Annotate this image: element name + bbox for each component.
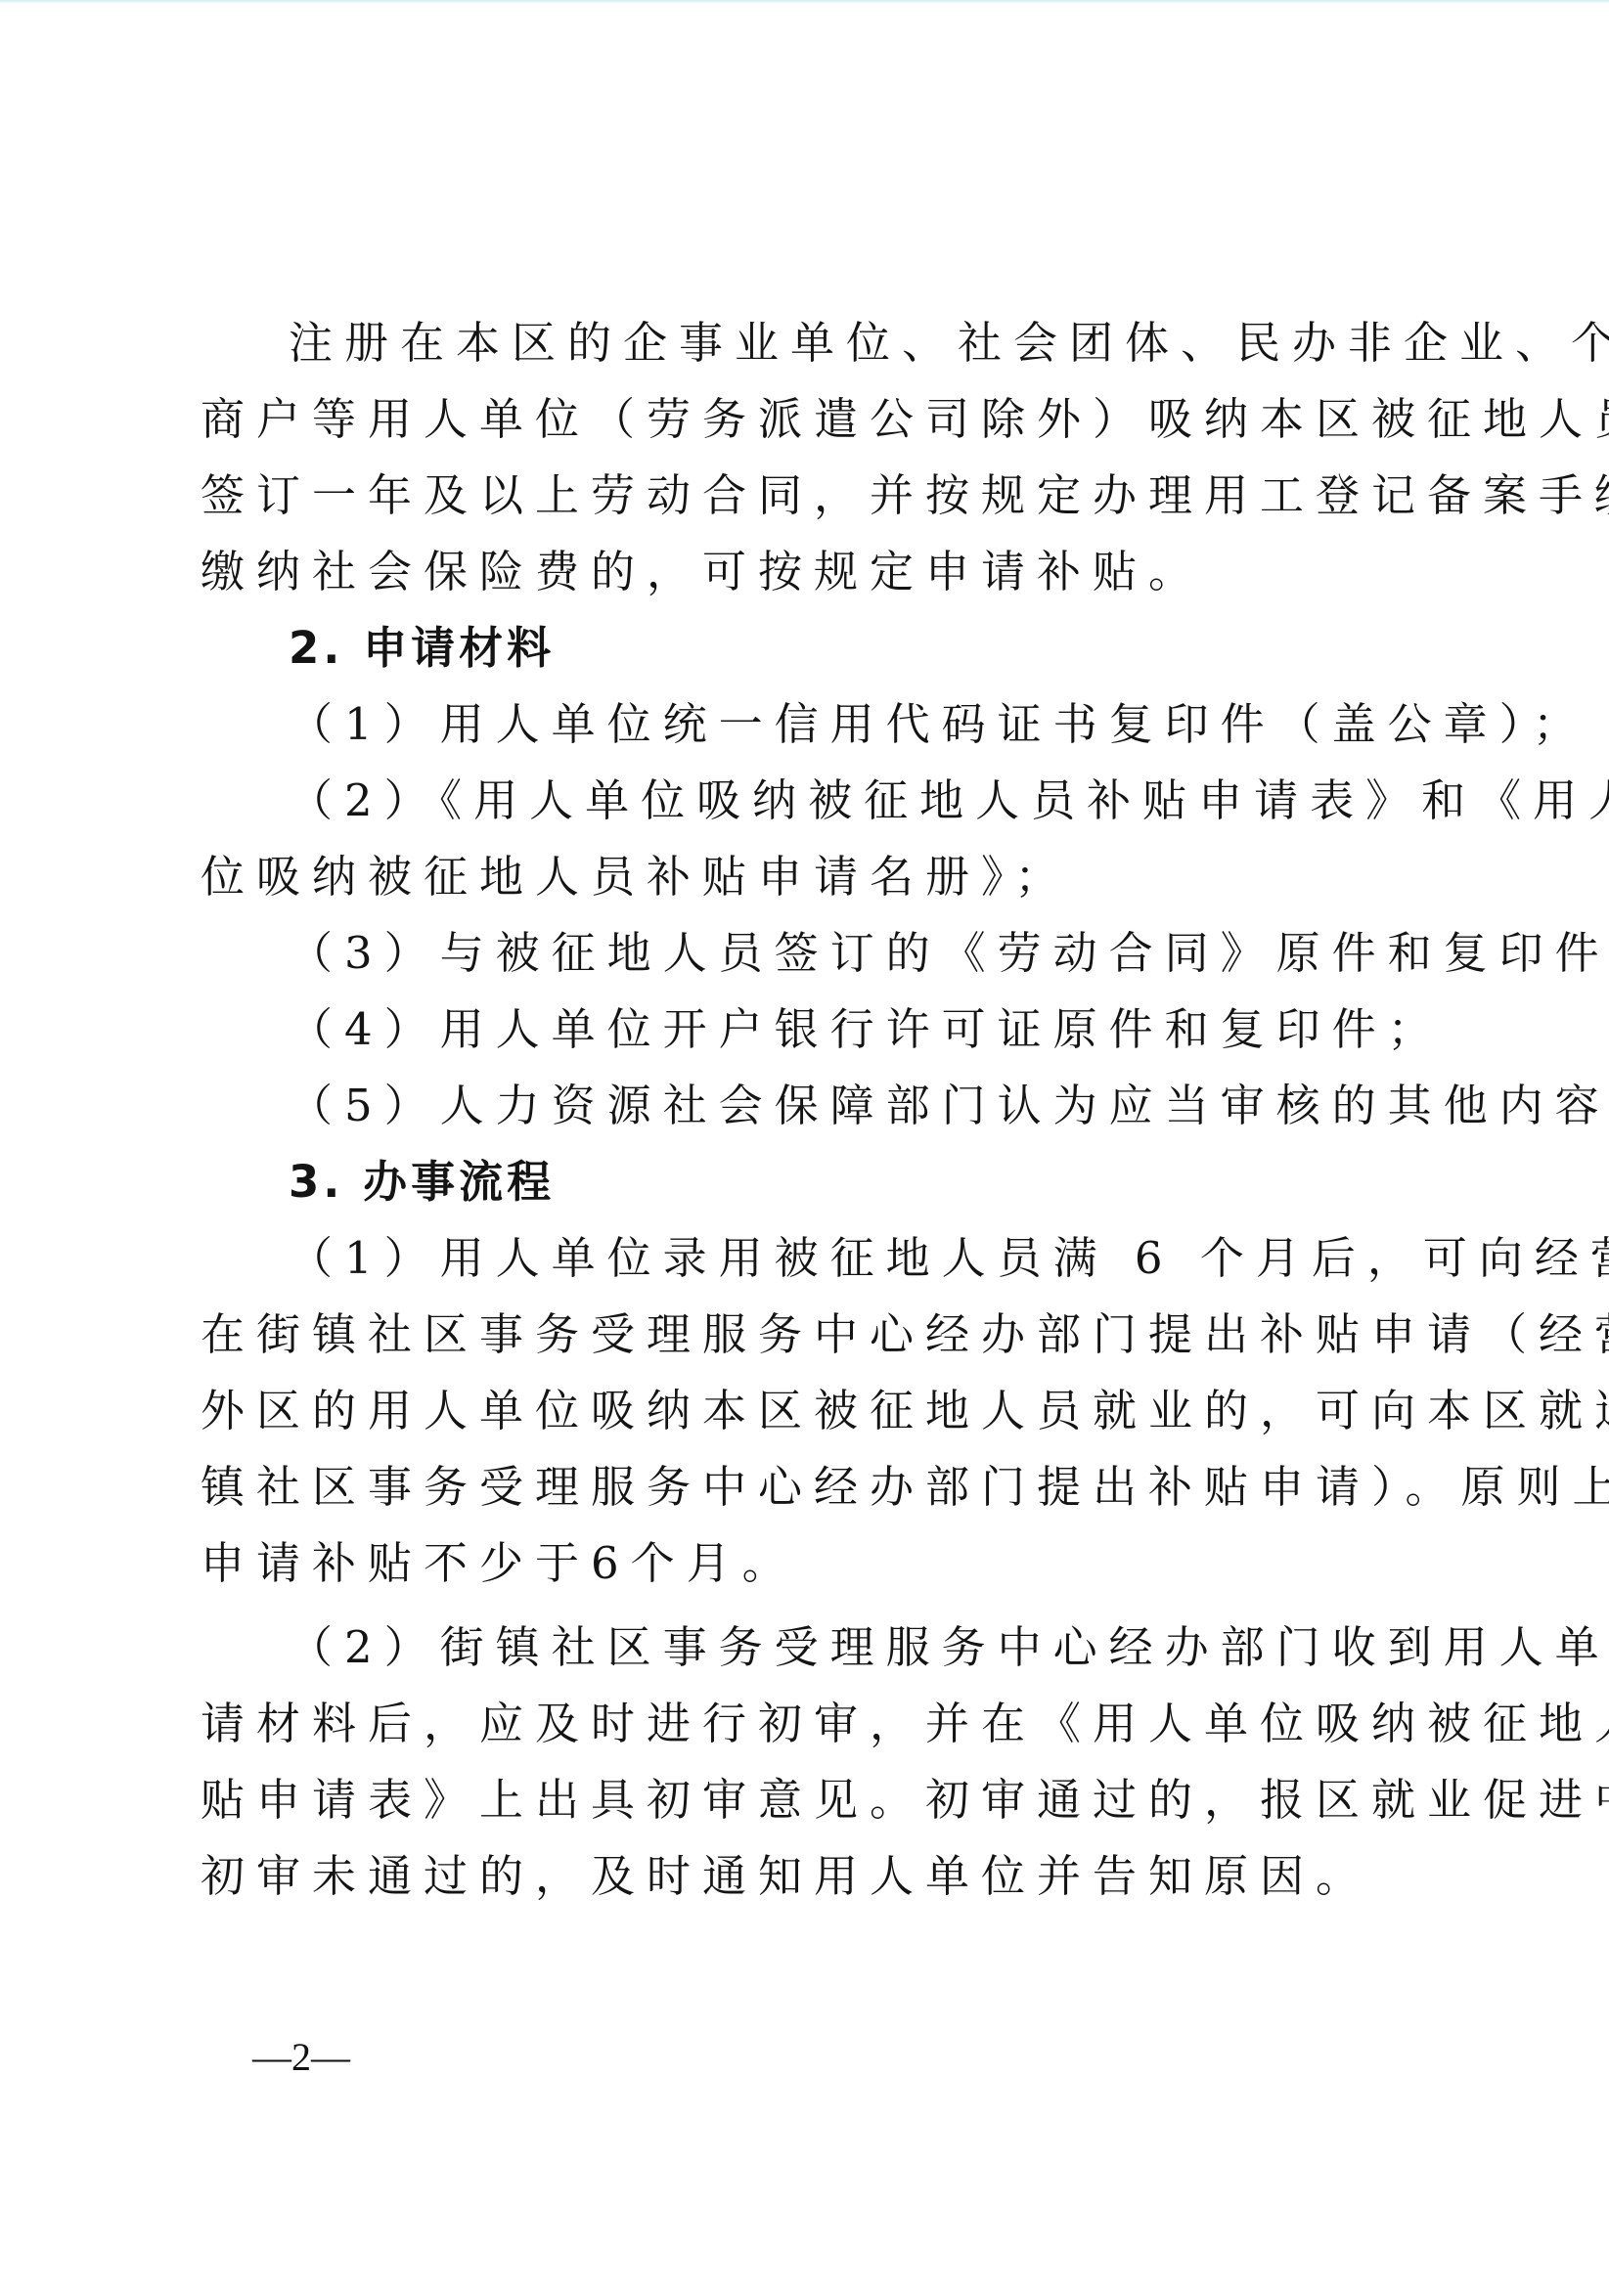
- list-item: （3）与被征地人员签订的《劳动合同》原件和复印件；: [201, 915, 1406, 992]
- text-line: 外区的用人单位吸纳本区被征地人员就业的，可向本区就近的街: [201, 1373, 1406, 1449]
- text-line: 贴申请表》上出具初审意见。初审通过的，报区就业促进中心；: [201, 1762, 1406, 1838]
- text-line: 签订一年及以上劳动合同，并按规定办理用工登记备案手续以及: [201, 458, 1406, 534]
- list-item: （4）用人单位开户银行许可证原件和复印件；: [201, 992, 1406, 1068]
- text-line: 申请补贴不少于6个月。: [201, 1525, 1406, 1602]
- paragraph-spacer: [201, 1602, 1406, 1610]
- list-item: （1）用人单位统一信用代码证书复印件（盖公章）；: [201, 686, 1406, 763]
- text-line: 镇社区事务受理服务中心经办部门提出补贴申请）。原则上每次: [201, 1449, 1406, 1525]
- paragraph-eligibility: 注册在本区的企事业单位、社会团体、民办非企业、个体工 商户等用人单位（劳务派遣公…: [201, 305, 1406, 610]
- text-line: （1）用人单位录用被征地人员满 6 个月后，可向经营地所: [201, 1220, 1406, 1297]
- section-heading-application-materials: 2. 申请材料: [201, 610, 1406, 686]
- text-line: 初审未通过的，及时通知用人单位并告知原因。: [201, 1838, 1406, 1915]
- text-line: 商户等用人单位（劳务派遣公司除外）吸纳本区被征地人员就业，: [201, 381, 1406, 458]
- text-line: 注册在本区的企事业单位、社会团体、民办非企业、个体工: [201, 305, 1406, 381]
- section-heading-procedure: 3. 办事流程: [201, 1144, 1406, 1220]
- text-line: 位吸纳被征地人员补贴申请名册》；: [201, 839, 1406, 915]
- list-item: （2）《用人单位吸纳被征地人员补贴申请表》和《用人单 位吸纳被征地人员补贴申请名…: [201, 763, 1406, 915]
- text-line: 请材料后，应及时进行初审，并在《用人单位吸纳被征地人员补: [201, 1686, 1406, 1762]
- procedure-step-1: （1）用人单位录用被征地人员满 6 个月后，可向经营地所 在街镇社区事务受理服务…: [201, 1220, 1406, 1602]
- page-number: —2—: [252, 2034, 350, 2080]
- text-line: 缴纳社会保险费的，可按规定申请补贴。: [201, 534, 1406, 610]
- text-line: （2）街镇社区事务受理服务中心经办部门收到用人单位申: [201, 1610, 1406, 1686]
- text-line: 在街镇社区事务受理服务中心经办部门提出补贴申请（经营地在: [201, 1297, 1406, 1373]
- procedure-step-2: （2）街镇社区事务受理服务中心经办部门收到用人单位申 请材料后，应及时进行初审，…: [201, 1610, 1406, 1915]
- materials-list: （1）用人单位统一信用代码证书复印件（盖公章）； （2）《用人单位吸纳被征地人员…: [201, 686, 1406, 1144]
- text-line: （2）《用人单位吸纳被征地人员补贴申请表》和《用人单: [201, 763, 1406, 839]
- document-page: 注册在本区的企事业单位、社会团体、民办非企业、个体工 商户等用人单位（劳务派遣公…: [201, 305, 1406, 1915]
- list-item: （5）人力资源社会保障部门认为应当审核的其他内容。: [201, 1068, 1406, 1144]
- scan-edge: [0, 0, 1609, 4]
